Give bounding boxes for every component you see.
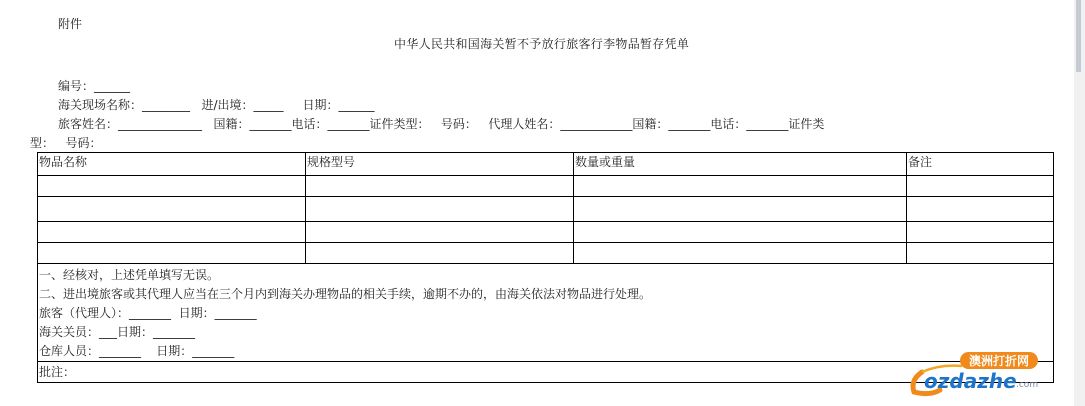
table-row [38,243,1054,264]
table-cell[interactable] [574,243,907,264]
table-cell[interactable] [907,222,1054,243]
column-header-item-name: 物品名称 [38,153,306,176]
notes-cell: 一、经核对，上述凭单填写无误。 二、进出境旅客或其代理人应当在三个月内到海关办理… [38,264,1054,362]
document-title: 中华人民共和国海关暂不予放行旅客行李物品暂存凭单 [394,37,689,51]
table-cell[interactable] [306,243,574,264]
field-number-line: 编号：______ [58,79,130,93]
vertical-scrollbar[interactable] [1074,0,1085,406]
field-site-line: 海关现场名称：________ 进/出境：_____ 日期：______ [58,98,375,112]
table-cell[interactable] [38,176,306,197]
table-cell[interactable] [574,222,907,243]
table-header-row: 物品名称 规格型号 数量或重量 备注 [38,153,1054,176]
note-officer-signature: 海关关员：___日期：_______ [39,323,1052,342]
table-row [38,197,1054,222]
table-cell[interactable] [907,176,1054,197]
table-cell[interactable] [38,222,306,243]
document-page: 附件 中华人民共和国海关暂不予放行旅客行李物品暂存凭单 编号：______ 海关… [0,0,1074,406]
table-row [38,222,1054,243]
field-traveler-line: 旅客姓名：______________ 国籍：_______电话：_______… [58,117,824,131]
table-cell[interactable] [574,197,907,222]
column-header-remarks: 备注 [907,153,1054,176]
table-row [38,176,1054,197]
table-cell[interactable] [574,176,907,197]
table-cell[interactable] [306,197,574,222]
table-cell[interactable] [38,243,306,264]
table-cell[interactable] [907,197,1054,222]
table-cell[interactable] [306,222,574,243]
svg-text:.com: .com [1016,380,1038,390]
note-deadline: 二、进出境旅客或其代理人应当在三个月内到海关办理物品的相关手续，逾期不办的，由海… [39,285,1052,304]
note-verification: 一、经核对，上述凭单填写无误。 [39,266,1052,285]
attachment-label: 附件 [58,17,82,31]
field-traveler-line-wrap: 型： 号码： [30,136,101,150]
table-cell[interactable] [306,176,574,197]
column-header-quantity: 数量或重量 [574,153,907,176]
scrollbar-thumb[interactable] [1076,0,1081,72]
svg-text:ozdazhe: ozdazhe [924,369,1017,393]
items-table: 物品名称 规格型号 数量或重量 备注 [37,152,1054,383]
ozdazhe-logo-icon: 澳洲打折网 ozdazhe .com [900,350,1060,398]
note-traveler-signature: 旅客（代理人）：_______ 日期：_______ [39,304,1052,323]
watermark-logo: 澳洲打折网 ozdazhe .com [900,350,1060,398]
svg-text:澳洲打折网: 澳洲打折网 [969,353,1029,368]
table-cell[interactable] [38,197,306,222]
column-header-spec: 规格型号 [306,153,574,176]
table-cell[interactable] [907,243,1054,264]
notes-row: 一、经核对，上述凭单填写无误。 二、进出境旅客或其代理人应当在三个月内到海关办理… [38,264,1054,362]
